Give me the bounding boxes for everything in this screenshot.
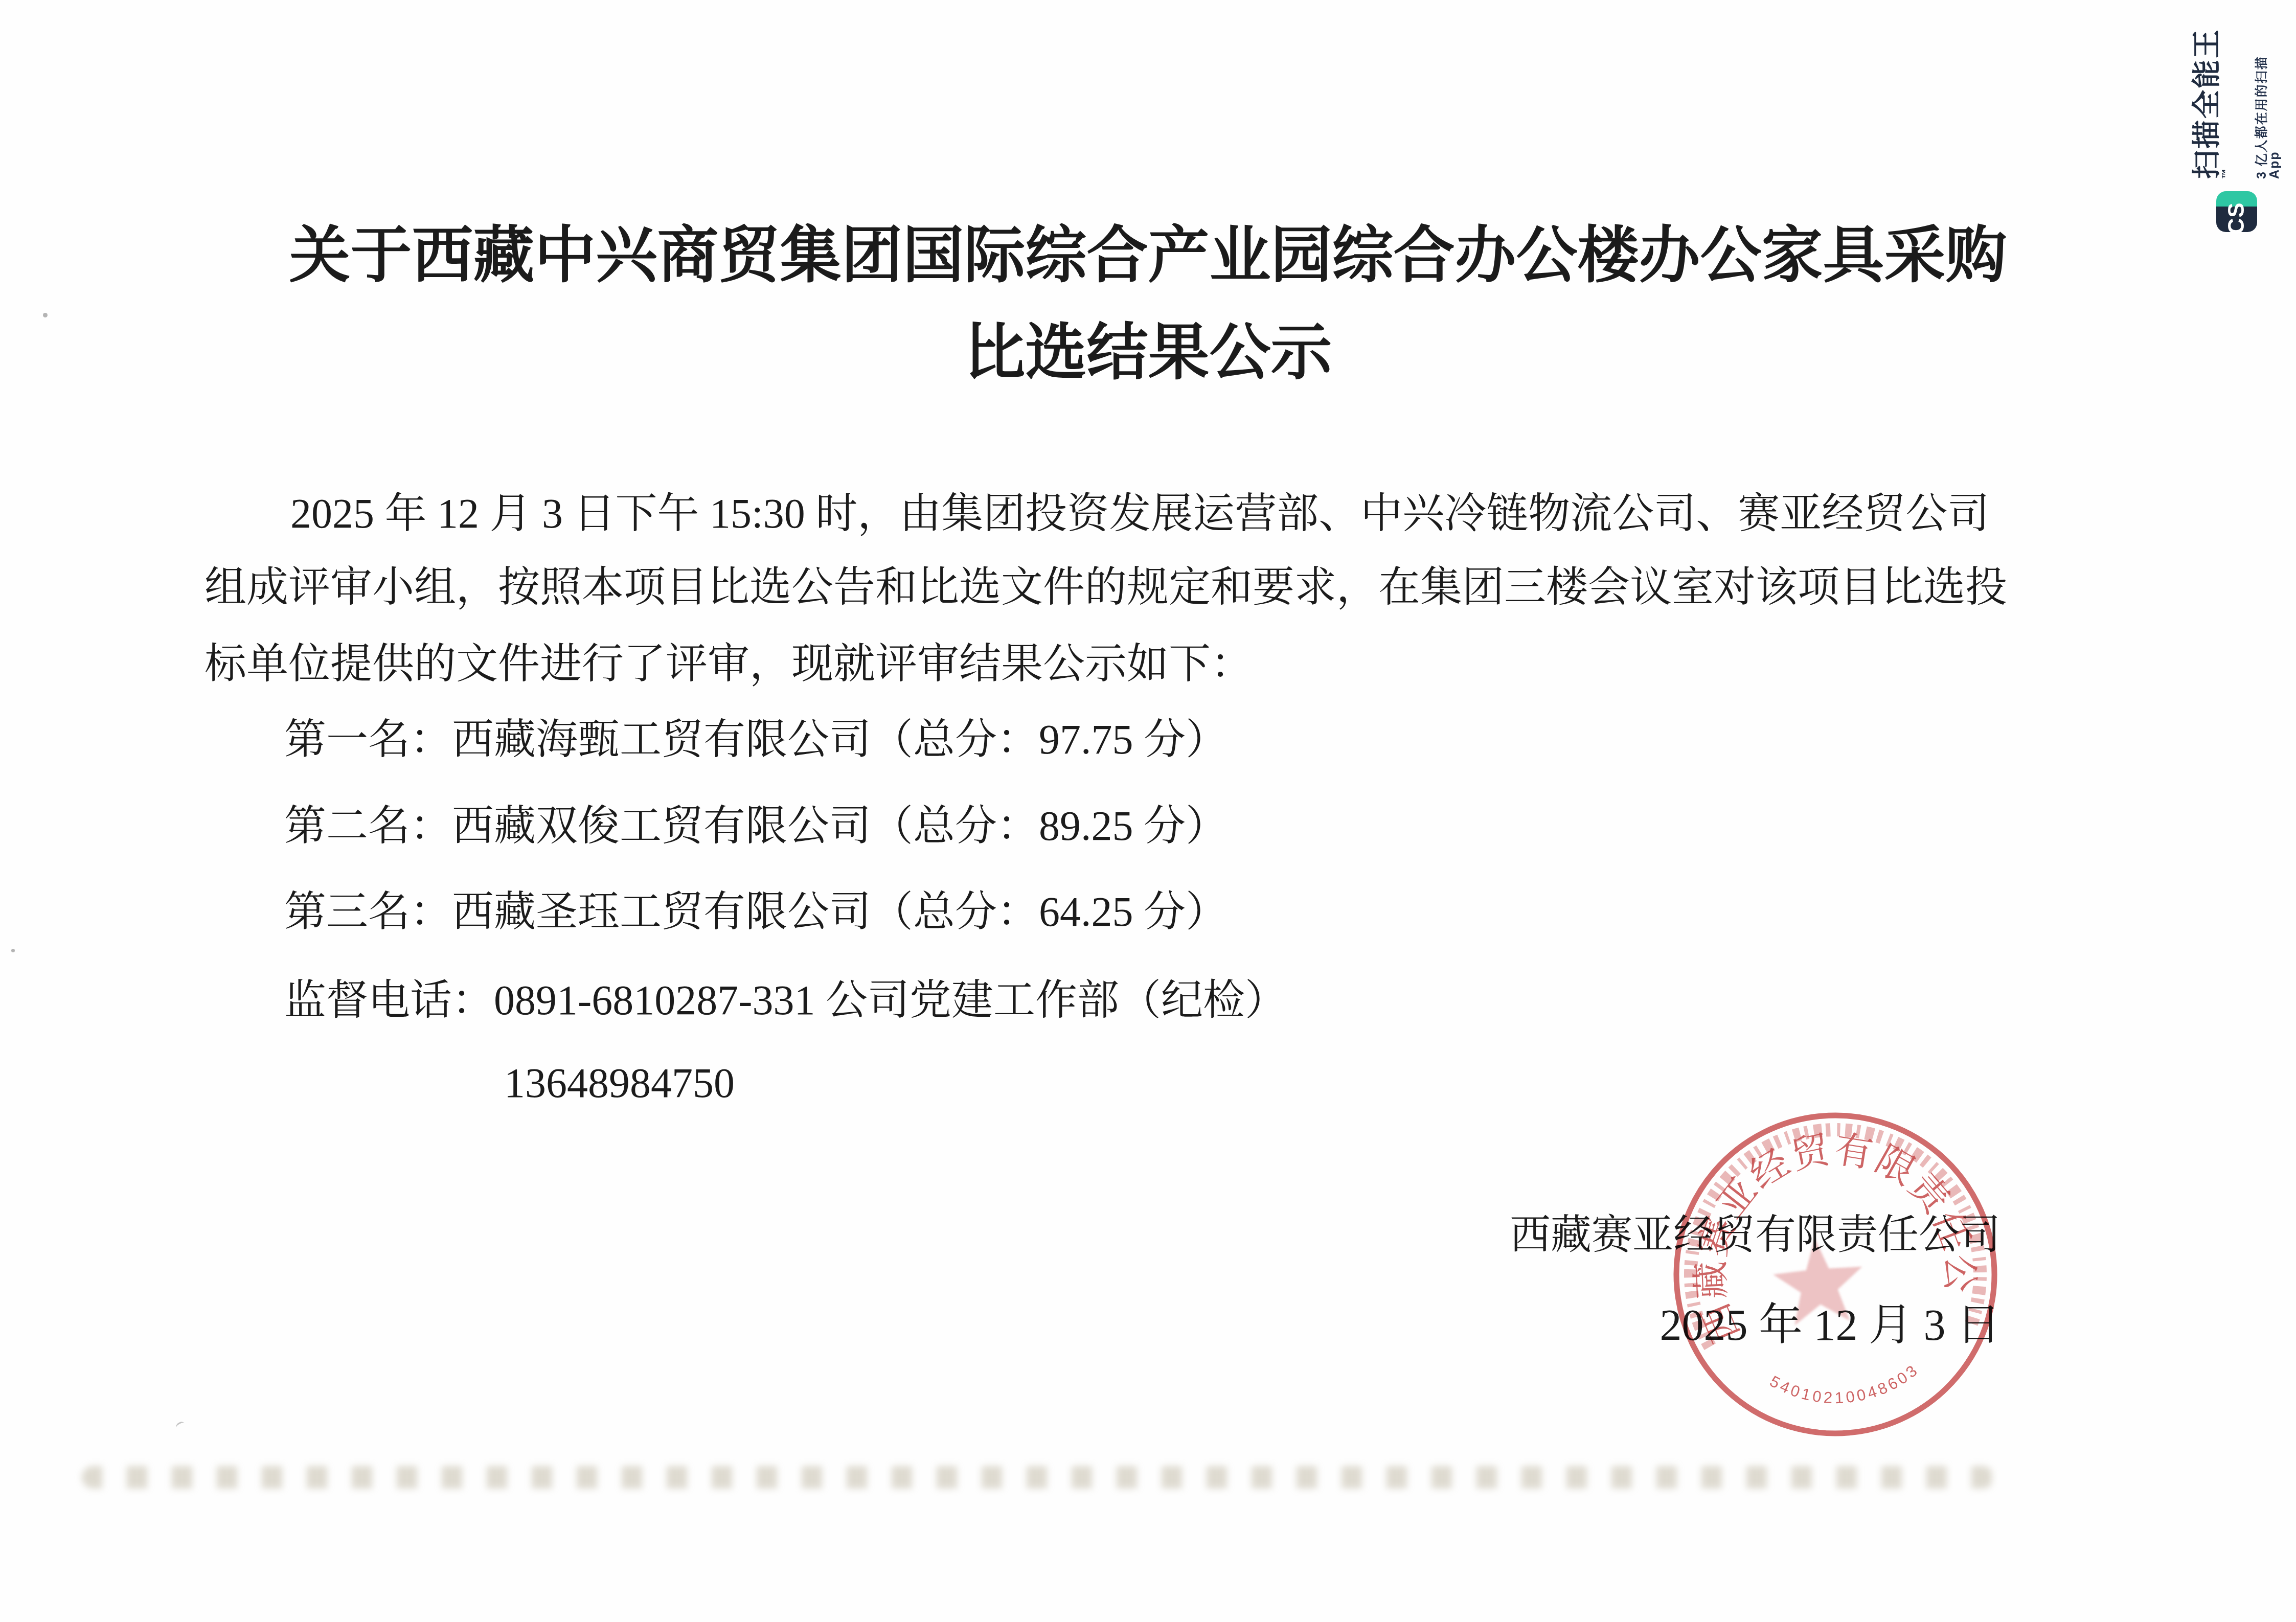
supervision-phone-2: 13648984750 bbox=[504, 1062, 735, 1104]
document-title-line-1: 关于西藏中兴商贸集团国际综合产业园综合办公楼办公家具采购 bbox=[0, 225, 2296, 287]
scan-speck bbox=[175, 1421, 186, 1431]
scan-speck bbox=[11, 949, 15, 952]
seal-code-text: 54010210048603 bbox=[1765, 1359, 1925, 1413]
paragraph-line-3: 标单位提供的文件进行了评审，现就评审结果公示如下： bbox=[204, 643, 1253, 685]
document-title-line-2: 比选结果公示 bbox=[0, 323, 2296, 384]
supervision-phone-line: 监督电话：0891-6810287-331 公司党建工作部（纪检） bbox=[284, 979, 1287, 1021]
svg-text:54010210048603: 54010210048603 bbox=[1765, 1359, 1925, 1413]
company-seal: 西藏赛亚经贸有限责任公司 54010210048603 bbox=[1642, 1081, 2029, 1468]
camscanner-app-name: 扫描全能王™ bbox=[2192, 28, 2249, 179]
result-line-1: 第一名：西藏海甄工贸有限公司（总分：97.75 分） bbox=[284, 719, 1227, 761]
document-page: CS 扫描全能王™ 3 亿人都在用的扫描 App 关于西藏中兴商贸集团国际综合产… bbox=[0, 0, 2296, 1622]
seal-star bbox=[1770, 1235, 1867, 1327]
result-line-2: 第二名：西藏双俊工贸有限公司（总分：89.25 分） bbox=[284, 805, 1227, 847]
camscanner-tagline: 3 亿人都在用的扫描 App bbox=[2256, 28, 2281, 179]
bleed-through-artifact bbox=[82, 1466, 1994, 1489]
paragraph-line-2: 组成评审小组，按照本项目比选公告和比选文件的规定和要求，在集团三楼会议室对该项目… bbox=[204, 566, 2007, 608]
trademark-symbol: ™ bbox=[2220, 167, 2232, 179]
scan-speck bbox=[43, 313, 48, 317]
paragraph-line-1: 2025 年 12 月 3 日下午 15:30 时，由集团投资发展运营部、中兴冷… bbox=[290, 493, 1989, 535]
camscanner-watermark: CS 扫描全能王™ 3 亿人都在用的扫描 App bbox=[2201, 28, 2272, 232]
result-line-3: 第三名：西藏圣珏工贸有限公司（总分：64.25 分） bbox=[284, 891, 1227, 933]
